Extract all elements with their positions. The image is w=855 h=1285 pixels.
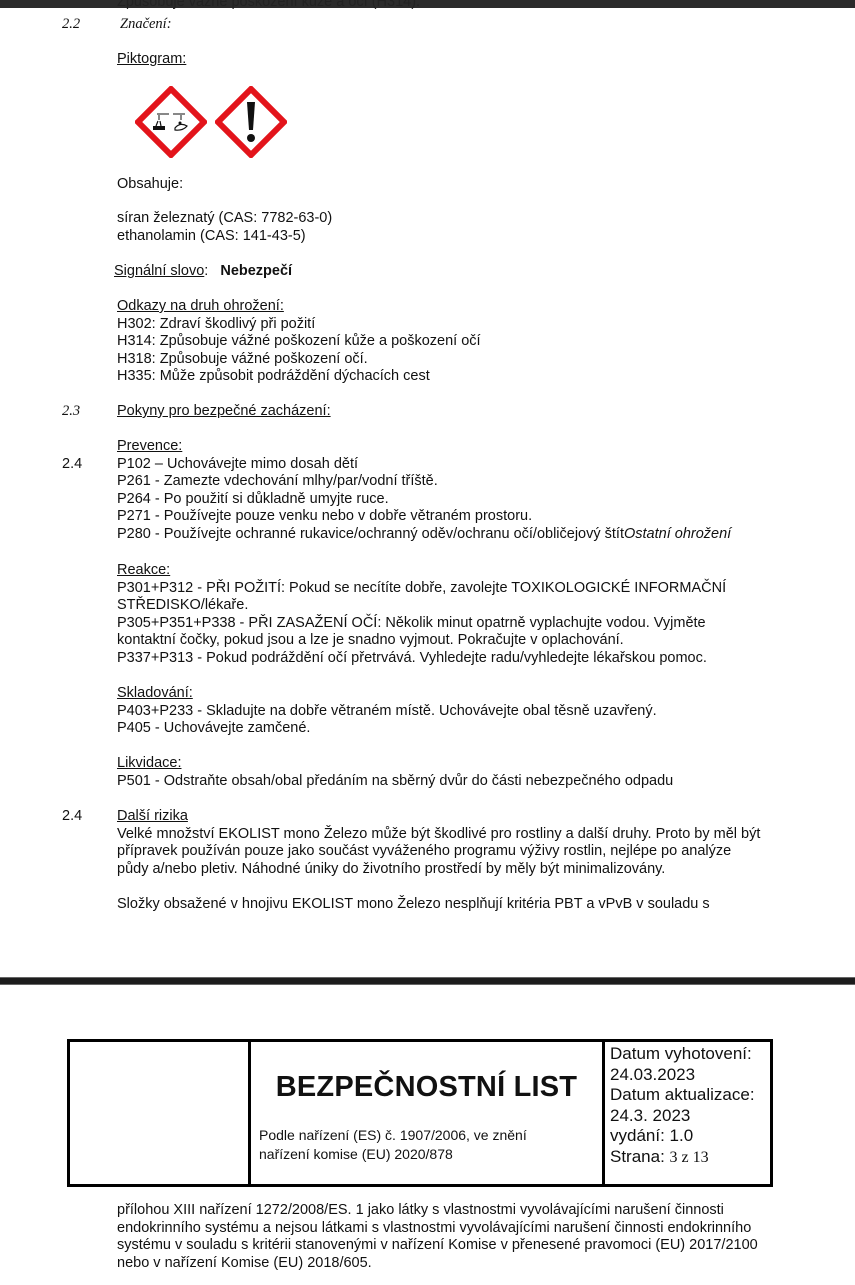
response-label: Reakce: — [117, 562, 726, 580]
signal-word-label: Signální slovo — [114, 263, 204, 279]
signal-word: Signální slovo: Nebezpečí — [114, 263, 292, 279]
storage: Skladování: P403+P233 - Skladujte na dob… — [117, 685, 657, 738]
hazard-statements-label: Odkazy na druh ohrožení: — [117, 298, 481, 316]
hazard-statement: H302: Zdraví škodlivý při požití — [117, 316, 481, 334]
other-risks-line: půdy a/nebo pletiv. Náhodné úniky do živ… — [117, 861, 760, 879]
storage-statement: P405 - Uchovávejte zamčené. — [117, 720, 657, 738]
date-created: 24.03.2023 — [610, 1065, 770, 1086]
page-header-table: BEZPEČNOSTNÍ LIST Podle nařízení (ES) č.… — [67, 1039, 773, 1187]
response-line: P305+P351+P338 - PŘI ZASAŽENÍ OČÍ: Někol… — [117, 615, 726, 633]
precaution-statement: P271 - Používejte pouze venku nebo v dob… — [117, 508, 731, 526]
precaution-statement: P261 - Zamezte vdechování mlhy/par/vodní… — [117, 473, 731, 491]
section-title-2-3: Pokyny pro bezpečné zacházení: — [117, 403, 331, 419]
contains-label: Obsahuje: — [117, 176, 183, 192]
precaution-statement: P102 – Uchovávejte mimo dosah dětí — [117, 456, 731, 474]
disposal-statement: P501 - Odstraňte obsah/obal předáním na … — [117, 773, 673, 791]
section-title-2-2: Značení: — [120, 16, 172, 33]
storage-statement: P403+P233 - Skladujte na dobře větraném … — [117, 703, 657, 721]
continuation-line: přílohou XIII nařízení 1272/2008/ES. 1 j… — [117, 1202, 758, 1220]
other-risks-title: Další rizika — [117, 808, 760, 826]
section-number-2-4: 2.4 — [62, 808, 82, 824]
date-updated: 24.3. 2023 — [610, 1106, 770, 1127]
prevention: Prevence: P102 – Uchovávejte mimo dosah … — [117, 438, 731, 543]
substance-item: síran železnatý (CAS: 7782-63-0) — [117, 210, 332, 228]
continuation-line: nebo v nařízení Komise (EU) 2018/605. — [117, 1255, 758, 1273]
cut-off-text-line: Způsobuje vážné poškození kůže a očí (H3… — [117, 0, 420, 10]
hazard-statements: Odkazy na druh ohrožení: H302: Zdraví šk… — [117, 298, 481, 386]
page-value: 3 z 13 — [670, 1149, 709, 1166]
continuation-line: systému v souladu s kritérii stanovenými… — [117, 1237, 758, 1255]
other-risks-line: Velké množství EKOLIST mono Železo může … — [117, 826, 760, 844]
response: Reakce: P301+P312 - PŘI POŽITÍ: Pokud se… — [117, 562, 726, 667]
storage-label: Skladování: — [117, 685, 657, 703]
version: vydání: 1.0 — [610, 1126, 770, 1147]
other-risks-line: přípravek používán pouze jako součást vy… — [117, 843, 760, 861]
continuation-line: endokrinního systému a nejsou látkami s … — [117, 1220, 758, 1238]
corrosion-pictogram-icon — [135, 86, 207, 158]
page-break-separator — [0, 977, 855, 985]
date-updated-label: Datum aktualizace: — [610, 1085, 770, 1106]
substance-item: ethanolamin (CAS: 141-43-5) — [117, 228, 332, 246]
title-cell: BEZPEČNOSTNÍ LIST Podle nařízení (ES) č.… — [251, 1042, 605, 1184]
continuation-text: přílohou XIII nařízení 1272/2008/ES. 1 j… — [117, 1202, 758, 1272]
contains-list: síran železnatý (CAS: 7782-63-0) ethanol… — [117, 210, 332, 245]
document-title: BEZPEČNOSTNÍ LIST — [251, 1071, 602, 1104]
precaution-statement: P280 - Používejte ochranné rukavice/ochr… — [117, 526, 731, 544]
precaution-statement: P264 - Po použití si důkladně umyjte ruc… — [117, 491, 731, 509]
section-number-2-3: 2.3 — [62, 403, 80, 420]
page-label: Strana: — [610, 1147, 665, 1166]
prevention-side-number: 2.4 — [62, 456, 82, 472]
signal-word-value: Nebezpečí — [220, 263, 292, 279]
response-line: P337+P313 - Pokud podráždění očí přetrvá… — [117, 650, 726, 668]
page-number: Strana: 3 z 13 — [610, 1147, 770, 1169]
other-risks-line: Složky obsažené v hnojivu EKOLIST mono Ž… — [117, 896, 760, 914]
disposal: Likvidace: P501 - Odstraňte obsah/obal p… — [117, 755, 673, 790]
logo-cell — [70, 1042, 251, 1184]
other-hazards-italic: Ostatní ohrožení — [624, 526, 731, 542]
precaution-statement-text: P280 - Používejte ochranné rukavice/ochr… — [117, 526, 624, 542]
exclamation-pictogram-icon — [215, 86, 287, 158]
hazard-statement: H335: Může způsobit podráždění dýchacích… — [117, 368, 481, 386]
disposal-label: Likvidace: — [117, 755, 673, 773]
hazard-statement: H314: Způsobuje vážné poškození kůže a p… — [117, 333, 481, 351]
date-created-label: Datum vyhotovení: — [610, 1044, 770, 1065]
regulation-subtitle: Podle nařízení (ES) č. 1907/2006, ve zně… — [259, 1126, 579, 1164]
response-line: P301+P312 - PŘI POŽITÍ: Pokud se necítít… — [117, 580, 726, 598]
response-line: STŘEDISKO/lékaře. — [117, 597, 726, 615]
prevention-label: Prevence: — [117, 438, 731, 456]
meta-cell: Datum vyhotovení: 24.03.2023 Datum aktua… — [605, 1042, 770, 1184]
other-risks: Další rizika Velké množství EKOLIST mono… — [117, 808, 760, 913]
response-line: kontaktní čočky, pokud jsou a lze je sna… — [117, 632, 726, 650]
hazard-statement: H318: Způsobuje vážné poškození očí. — [117, 351, 481, 369]
section-number-2-2: 2.2 — [62, 16, 80, 33]
signal-word-colon: : — [204, 263, 208, 279]
pictogram-label: Piktogram: — [117, 51, 186, 67]
